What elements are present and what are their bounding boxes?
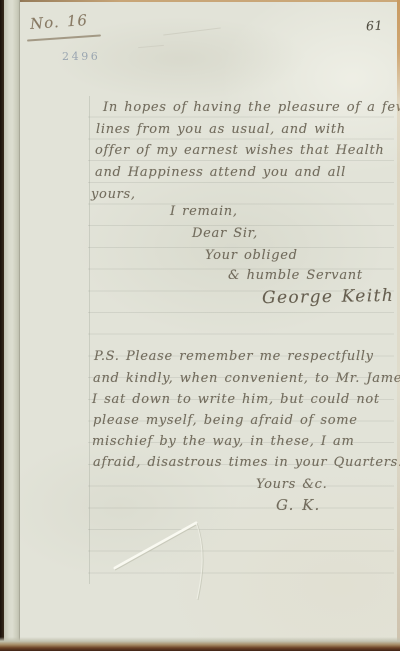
paper-scratch	[138, 45, 164, 48]
postscript-line: please myself, being afraid of some	[93, 413, 358, 428]
postscript-line: afraid, disastrous times in your Quarter…	[93, 455, 400, 470]
paper-crease	[0, 0, 400, 651]
book-bottom-edge	[0, 637, 400, 651]
ps-closing: Yours &c.	[256, 477, 327, 492]
body-line: In hopes of having the pleasure of a few	[103, 100, 400, 115]
binding-edge	[0, 0, 4, 651]
closing-line: I remain,	[170, 204, 238, 219]
entry-number-underline	[27, 34, 101, 41]
postscript-line: and kindly, when convenient, to Mr. Jame…	[93, 371, 400, 386]
postscript-line: P.S. Please remember me respectfully	[94, 349, 374, 364]
manuscript-page: No. 16 61 2496 In hopes of having the pl…	[0, 0, 400, 651]
archive-stamp-number: 2496	[62, 50, 100, 63]
closing-line: Your obliged	[205, 248, 298, 263]
ps-initials: G. K.	[276, 496, 320, 514]
closing-line: & humble Servant	[228, 268, 363, 283]
paper-scratch	[163, 27, 221, 35]
postscript-line: I sat down to write him, but could not	[92, 392, 380, 407]
signature: George Keith	[262, 286, 395, 308]
postscript-line: mischief by the way, in these, I am	[92, 434, 355, 449]
entry-number-label: No. 16	[29, 11, 88, 33]
photo-top-edge	[0, 0, 400, 2]
body-line: lines from you as usual, and with	[96, 122, 346, 137]
body-line: yours,	[91, 187, 136, 202]
page-number: 61	[366, 18, 384, 34]
body-line: offer of my earnest wishes that Health	[95, 143, 384, 158]
closing-line: Dear Sir,	[192, 226, 258, 241]
body-line: and Happiness attend you and all	[95, 165, 346, 180]
margin-rule-line	[89, 96, 90, 584]
page-left-edge	[4, 0, 20, 651]
